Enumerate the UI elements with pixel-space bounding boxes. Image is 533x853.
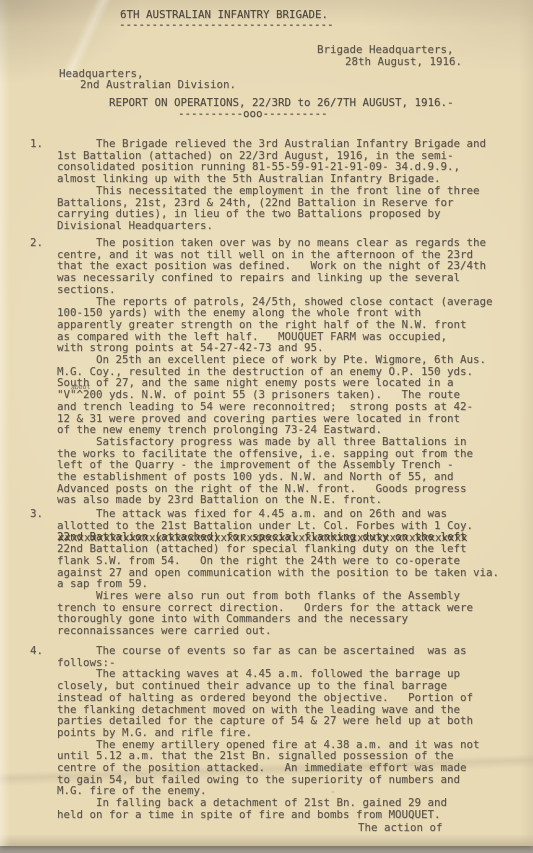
text-line: The course of events so far as can be as…	[57, 645, 533, 657]
section-body: The position taken over was by no means …	[57, 237, 533, 506]
text-line: reconnaissances were carried out.	[57, 625, 533, 637]
text-line: sections.	[57, 284, 533, 296]
text-line: was also made by 23rd Battalion on the N…	[57, 494, 533, 506]
text-line: apparently greater strength on the right…	[57, 319, 533, 331]
addressee-line-2: 2nd Australian Division.	[80, 79, 236, 91]
title-underline: ---------------------------------	[119, 19, 334, 31]
text-line: Divisional Headquarters.	[57, 220, 533, 232]
text-line: This necessitated the employment in the …	[57, 185, 533, 197]
section-number: 2.	[30, 237, 57, 506]
section-4: 4. The course of events so far as can be…	[30, 645, 533, 821]
section-number: 1.	[30, 138, 57, 232]
section-body: The Brigade relieved the 3rd Australian …	[57, 138, 533, 232]
handwritten-note: about	[71, 384, 91, 392]
text-line: The Brigade relieved the 3rd Australian …	[57, 138, 533, 150]
text-line: was necessarily confined to repairs and …	[57, 272, 533, 284]
text-line: flank S.W. from 54. On the right the 24t…	[57, 555, 533, 567]
page-continuation-text: The action of	[358, 822, 443, 834]
section-body: The attack was fixed for 4.45 a.m. and o…	[57, 508, 533, 637]
report-title-separator: ----------ooo----------	[178, 108, 328, 120]
text-line: Wires were also run out from both flanks…	[57, 590, 533, 602]
text-line: the establishment of posts 100 yds. N.W.…	[57, 471, 533, 483]
section-number: 3.	[30, 508, 57, 637]
text-line: Satisfactory progress was made by all th…	[57, 436, 533, 448]
text-line: points by M.G. and rifle fire.	[57, 727, 533, 739]
section-2: 2. The position taken over was by no mea…	[30, 237, 533, 506]
text-line: and trench leading to 54 were reconnoitr…	[57, 401, 533, 413]
text-line: The position taken over was by no means …	[57, 237, 533, 249]
section-number: 4.	[30, 645, 57, 821]
document-page: 6TH AUSTRALIAN INFANTRY BRIGADE. -------…	[0, 0, 533, 846]
text-line: The attack was fixed for 4.45 a.m. and o…	[57, 508, 533, 520]
text-line: On 25th an excellent piece of work by Pt…	[57, 354, 533, 366]
dateline-place: Brigade Headquarters,	[317, 44, 454, 56]
section-body: The course of events so far as can be as…	[57, 645, 533, 821]
text-line: held on for a time in spite of fire and …	[57, 809, 533, 821]
scanned-document-photo: { "page": { "background_color": "#a49d92…	[0, 0, 533, 853]
section-3: 3. The attack was fixed for 4.45 a.m. an…	[30, 508, 533, 637]
section-1: 1. The Brigade relieved the 3rd Australi…	[30, 138, 533, 232]
text-line: instead of halting as ordered beyond the…	[57, 692, 533, 704]
text-line: centre of the position attacked. An imme…	[57, 762, 533, 774]
dateline-date: 28th August, 1916.	[345, 56, 462, 68]
